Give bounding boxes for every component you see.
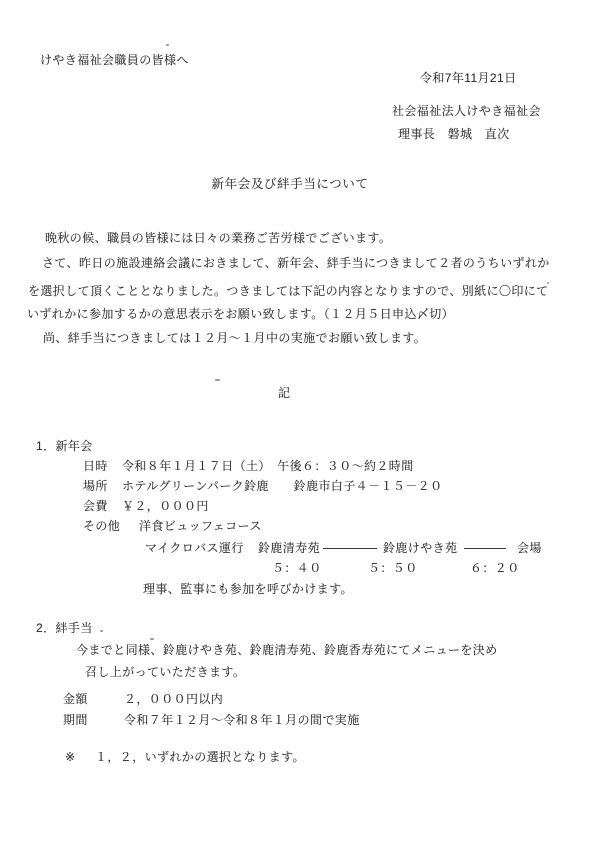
section2-heading: 2．絆手当 — [36, 620, 93, 636]
row-value: ２，０００円以内 — [124, 692, 223, 706]
row-label: 会費 — [83, 498, 122, 514]
paragraph-line: 尚、絆手当につきましては１２月～１月中の実施でお願い致します。 — [43, 330, 426, 346]
footnote: ※１，２，いずれかの選択となります。 — [65, 749, 305, 765]
row-value: 令和８年１月１７日（土） 午後６：３０～約２時間 — [122, 459, 414, 473]
paragraph-line: さて、昨日の施設連絡会議におきまして、新年会、絆手当につきまして２者のうちいずれ… — [42, 255, 550, 271]
scan-speck — [547, 282, 549, 284]
section1-heading: 1．新年会 — [36, 438, 93, 454]
detail-row: 金額２，０００円以内 — [63, 691, 223, 707]
row-label: 金額 — [63, 691, 124, 707]
row-value: 令和７年１２月～令和８年１月の間で実施 — [124, 713, 360, 727]
row-label: 場所 — [83, 478, 122, 494]
row-label: その他 — [83, 518, 139, 534]
bus-time: ５：５０ — [368, 560, 418, 576]
row-label: 期間 — [63, 712, 124, 728]
section1-note: 理事、監事にも参加を呼びかけます。 — [143, 581, 353, 597]
paragraph-line: いずれかに参加するかの意思表示をお願い致します。（１２月５日申込〆切） — [27, 306, 454, 322]
document-page: けやき福祉会職員の皆様へ 令和7年11月21日 社会福祉法人けやき福祉会 理事長… — [0, 0, 599, 858]
sender-organization: 社会福祉法人けやき福祉会 — [392, 103, 541, 119]
scan-speck — [215, 379, 220, 381]
record-mark: 記 — [278, 385, 290, 401]
footnote-marker: ※ — [65, 749, 95, 765]
bus-stop: 鈴鹿清寿苑 — [258, 540, 320, 556]
bus-stop: 鈴鹿けやき苑 — [383, 540, 457, 556]
route-connector — [323, 548, 377, 549]
bus-label: マイクロバス運行 — [145, 540, 244, 556]
section2-description-line: 召し上がっていただきます。 — [85, 664, 245, 680]
detail-row: 会費￥２，０００円 — [83, 498, 209, 514]
detail-row: 日時令和８年１月１７日（土） 午後６：３０～約２時間 — [83, 458, 414, 474]
row-value: ￥２，０００円 — [122, 499, 209, 513]
paragraph-line: 晩秋の候、職員の皆様には日々の業務ご苦労様でございます。 — [45, 230, 391, 246]
paragraph-line: を選択して頂くこととなりました。つきましては下記の内容となりますので、別紙に〇印… — [28, 283, 549, 299]
route-connector — [464, 548, 506, 549]
bus-time: ６：２０ — [470, 560, 520, 576]
subject-title: 新年会及び絆手当について — [0, 176, 580, 192]
sender-signer: 理事長 磐城 直次 — [398, 126, 510, 142]
bus-time: ５：４０ — [272, 560, 322, 576]
recipient: けやき福祉会職員の皆様へ — [40, 52, 189, 68]
bus-stop: 会場 — [517, 540, 542, 556]
section2-description-line: 今までと同様、鈴鹿けやき苑、鈴鹿清寿苑、鈴鹿香寿苑にてメニューを決め — [76, 642, 498, 658]
detail-row: 期間令和７年１２月～令和８年１月の間で実施 — [63, 712, 360, 728]
detail-row: 場所ホテルグリーンパーク鈴鹿 鈴鹿市白子４－１５－２０ — [83, 478, 442, 494]
row-value: ホテルグリーンパーク鈴鹿 鈴鹿市白子４－１５－２０ — [122, 479, 442, 493]
document-date: 令和7年11月21日 — [420, 70, 516, 86]
detail-row: その他洋食ビュッフェコース — [83, 518, 262, 534]
scan-speck — [100, 630, 103, 632]
row-label: 日時 — [83, 458, 122, 474]
scan-speck — [150, 638, 154, 640]
row-value: 洋食ビュッフェコース — [139, 519, 262, 533]
footnote-text: １，２，いずれかの選択となります。 — [95, 750, 305, 764]
scan-speck — [166, 44, 169, 46]
